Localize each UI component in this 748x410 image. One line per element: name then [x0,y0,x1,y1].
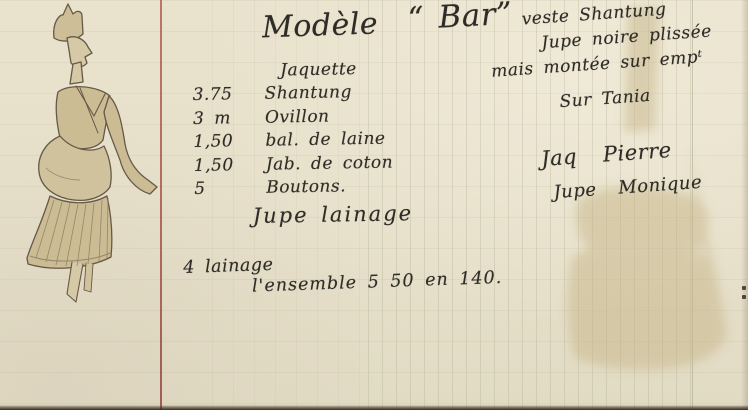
material-item: Shantung [264,82,352,104]
description-notes: veste Shantung Jupe noire plissée mais m… [487,0,717,120]
material-item: bal. de laine [265,129,385,151]
ledger-page: Modèle “ Bar” Jaquette 3.75Shantung 3 mO… [0,0,748,410]
atelier-skirt-name: Monique [618,172,703,199]
scan-right-edge-shadow [741,0,748,410]
materials-section-label: Jaquette [280,56,411,82]
atelier-assignments: JaqPierre JupeMonique [540,131,703,212]
binding-mark [742,286,746,290]
atelier-jacket-name: Pierre [602,138,672,167]
scan-bottom-edge [0,405,748,410]
material-item: Jab. de coton [266,152,394,174]
material-qty: 5 [194,177,252,202]
material-item: Boutons. [266,176,346,197]
title-word: Modèle [261,6,378,46]
material-qty: 1,50 [193,130,251,155]
material-qty: 1,50 [194,153,252,178]
binding-mark [742,295,746,299]
materials-list: Jaquette 3.75Shantung 3 mOvillon 1,50bal… [192,56,413,228]
atelier-skirt-label: Jupe [553,179,597,203]
bar-suit-sketch [10,0,175,320]
atelier-jacket-label: Jaq [540,144,577,170]
material-row: 5Boutons. [194,174,413,201]
material-qty: 3.75 [192,83,250,108]
material-qty: 3 m [193,106,251,131]
skirt-fabric-label: Jupe lainage [253,201,414,228]
material-item: Ovillon [265,106,330,127]
material-row: 1,50Jab. de coton [194,151,413,178]
material-row: 1,50bal. de laine [193,127,412,154]
